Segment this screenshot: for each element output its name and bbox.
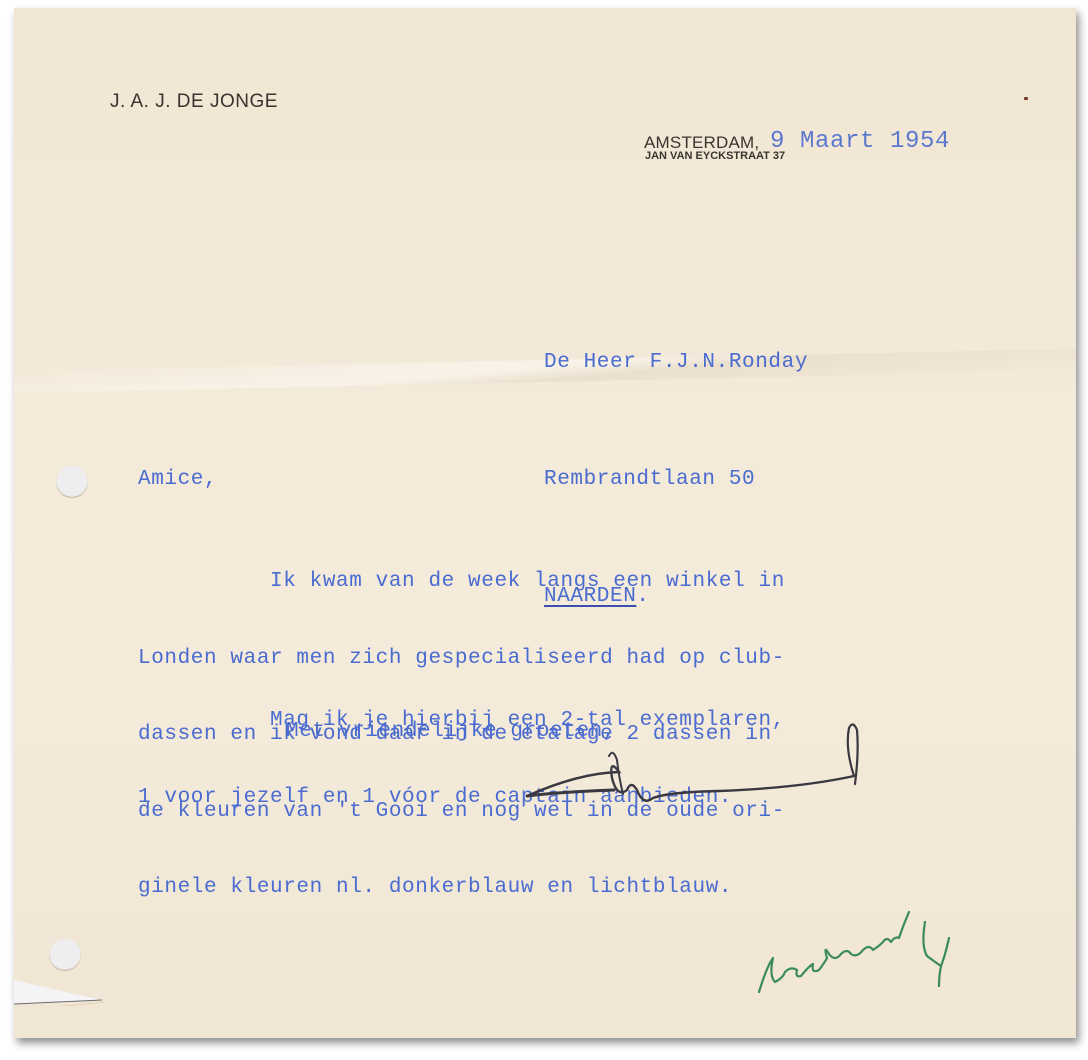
punch-hole-bottom — [49, 939, 81, 971]
recipient-street: Rembrandtlaan 50 — [544, 460, 808, 499]
letter-page: J. A. J. DE JONGE AMSTERDAM, JAN VAN EYC… — [14, 8, 1076, 1038]
punch-hole-top — [56, 466, 88, 498]
body-line: ginele kleuren nl. donkerblauw en lichtb… — [138, 875, 785, 901]
paper-tear — [14, 978, 104, 1006]
handwritten-signature — [519, 718, 879, 818]
body-line: Ik kwam van de week langs een winkel in — [138, 569, 785, 595]
letter-date: 9 Maart 1954 — [770, 128, 950, 155]
letterhead-sender-name: J. A. J. DE JONGE — [110, 91, 278, 113]
salutation: Amice, — [138, 468, 217, 491]
recipient-name: De Heer F.J.N.Ronday — [544, 343, 808, 382]
ink-speck — [1024, 97, 1028, 100]
letterhead-street: JAN VAN EYCKSTRAAT 37 — [645, 150, 785, 162]
